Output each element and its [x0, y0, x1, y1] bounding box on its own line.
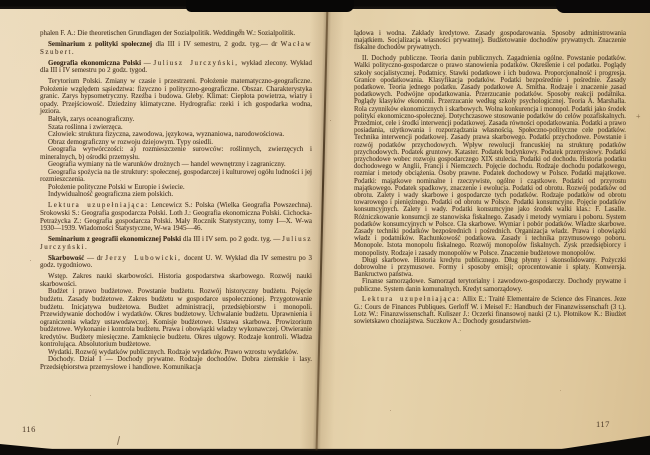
margin-mark: +	[636, 112, 641, 121]
paragraph: Lektura uzupełniająca: Lencewicz S.: Pol…	[40, 202, 312, 232]
page-right-text: lądowa i wodna. Zakłady kredytowe. Zasad…	[354, 30, 626, 325]
paragraph: Wstęp. Zakres nauki skarbowości. Histori…	[40, 273, 312, 288]
paragraph: lądowa i wodna. Zakłady kredytowe. Zasad…	[354, 30, 626, 52]
paragraph: Skarbowość — dr Jerzy Lubowicki, docent …	[40, 255, 312, 270]
paragraph: Dochody. Dział I — Dochody prywatne. Rod…	[40, 356, 312, 371]
page-left-text: phalen F. A.: Die theoretischen Grundlag…	[40, 30, 312, 371]
paragraph: Finanse samorządowe. Samorząd terytorial…	[354, 278, 626, 292]
paragraph: Terytorium Polski. Zmiany w czasie i prz…	[40, 78, 312, 116]
paragraph: II. Dochody publiczne. Teoria danin publ…	[354, 55, 626, 257]
paragraph: Seminarium z geografii ekonomicznej Pols…	[40, 236, 312, 251]
page-number-right: 117	[596, 419, 610, 429]
paragraph: Geografia ekonomiczna Polski — Juliusz J…	[40, 60, 312, 75]
paragraph: Długi skarbowe. Historia kredytu publicz…	[354, 257, 626, 279]
paragraph: Geografia spożycia na tle struktury: spo…	[40, 169, 312, 184]
paragraph: Indywidualność geograficzna ziem polskic…	[40, 191, 312, 199]
paragraph: Seminarium z polityki społecznej dla III…	[40, 41, 312, 56]
photo-edge-top-right	[556, 0, 650, 13]
paragraph: Budżet i prawo budżetowe. Powstanie budż…	[40, 288, 312, 348]
paragraph: Geografia wytwórczości: a) rozmieszczeni…	[40, 146, 312, 161]
paragraph: Lektura uzupełniająca: Allix E.: Traité …	[354, 296, 626, 325]
paragraph: phalen F. A.: Die theoretischen Grundlag…	[40, 30, 312, 38]
scanned-book-photo: + phalen F. A.: Die theoretischen Grundl…	[0, 0, 650, 455]
page-number-left: 116	[22, 424, 36, 434]
photo-edge-top-shadow	[186, 0, 354, 12]
